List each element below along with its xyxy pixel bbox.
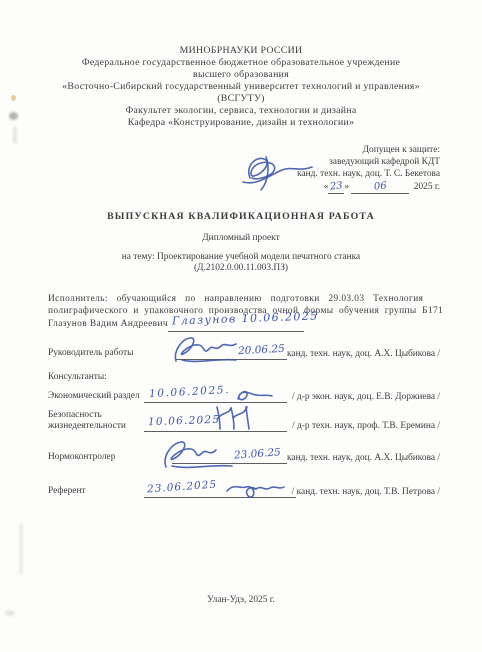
university-name: «Восточно-Сибирский государственный унив… [0,81,482,93]
institution-line1: Федеральное государственное бюджетное об… [0,57,482,69]
safety-credentials: / д-р техн. наук, проф. Т.В. Еремина / [292,421,440,431]
economic-label: Экономический раздел [48,391,140,401]
approval-handwritten-day: 23 [329,180,343,193]
consultants-heading: Консультанты: [48,372,107,382]
safety-label-line2: жизнедеятельности [48,421,126,431]
project-type: Дипломный проект [0,233,482,245]
approval-person: канд. техн. наук, доц. Т. С. Бекетова [297,168,440,180]
supervisor-credentials: канд. техн. наук, доц. А.Х. Цыбикова / [287,349,440,359]
university-abbr: (ВСГУТУ) [0,93,482,105]
approval-handwritten-month: 06 [373,180,387,193]
department-line: Кафедра «Конструирование, дизайн и техно… [0,117,482,129]
safety-consultant-signature [210,402,254,432]
executor-line1: Исполнитель: обучающийся по направлению … [48,294,423,304]
work-type-title: ВЫПУСКНАЯ КВАЛИФИКАЦИОННАЯ РАБОТА [0,211,482,223]
economic-credentials: / д-р экон. наук, доц. Е.В. Доржиева / [292,392,440,402]
normcontrol-credentials: канд. техн. наук, доц. А.Х. Цыбикова / [287,453,440,463]
ministry-line: МИНОБРНАУКИ РОССИИ [0,45,482,57]
city-year-footer: Улан-Удэ, 2025 г. [0,595,482,607]
referent-credentials: / канд. техн. наук, доц. Т.В. Петрова / [292,487,440,497]
supervisor-handwritten-date: 20.06.25 [238,343,285,357]
head-of-department-signature [240,152,316,192]
normcontrol-label: Нормоконтролер [48,452,115,462]
approval-position: заведующий кафедрой КДТ [297,156,440,168]
institution-line2: высшего образования [0,69,482,81]
scan-artifact [13,126,17,144]
approval-title: Допущен к защите: [297,144,440,156]
approval-block: Допущен к защите: заведующий кафедрой КД… [297,144,440,194]
safety-label-line1: Безопасность [48,410,102,420]
supervisor-label: Руководитель работы [48,348,133,358]
scan-artifact [19,523,23,575]
normcontrol-signature [158,438,236,470]
faculty-line: Факультет экологии, сервиса, технологии … [0,105,482,117]
topic-line: на тему: Проектирование учебной модели п… [0,252,482,264]
approval-date-line: «23»06 2025 г. [297,181,440,194]
scan-artifact [5,610,15,616]
supervisor-signature [170,334,240,364]
scanned-title-page: МИНОБРНАУКИ РОССИИ Федеральное государст… [0,0,482,652]
referent-signature [224,478,286,504]
executor-name: Глазунов Вадим Андреевич [48,319,168,329]
approval-year: 2025 г. [414,182,440,192]
document-code: (Д.2102.0.00.11.003.ПЗ) [0,263,482,275]
quote-close: » [344,182,349,192]
referent-label: Референт [48,486,86,496]
